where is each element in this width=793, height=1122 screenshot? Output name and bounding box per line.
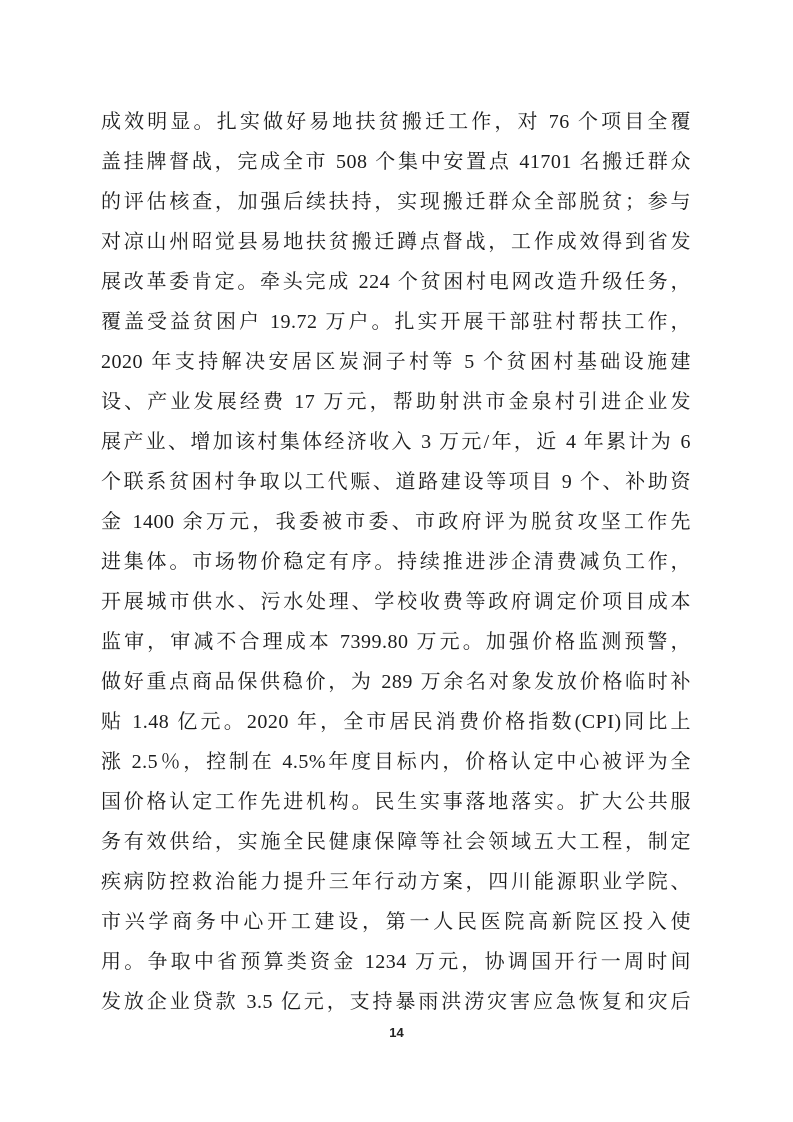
text-line: 开展城市供水、污水处理、学校收费等政府调定价项目成本 <box>101 582 691 622</box>
text-line: 做好重点商品保供稳价，为 289 万余名对象发放价格临时补 <box>101 662 691 702</box>
text-line: 覆盖受益贫困户 19.72 万户。扎实开展干部驻村帮扶工作， <box>101 302 691 342</box>
text-line: 贴 1.48 亿元。2020 年，全市居民消费价格指数(CPI)同比上 <box>101 702 691 742</box>
text-line: 监审，审减不合理成本 7399.80 万元。加强价格监测预警， <box>101 622 691 662</box>
text-line: 展改革委肯定。牵头完成 224 个贫困村电网改造升级任务， <box>101 262 691 302</box>
text-line: 进集体。市场物价稳定有序。持续推进涉企清费减负工作， <box>101 542 691 582</box>
text-line: 务有效供给，实施全民健康保障等社会领域五大工程，制定 <box>101 822 691 862</box>
text-line: 涨 2.5％，控制在 4.5%年度目标内，价格认定中心被评为全 <box>101 742 691 782</box>
text-line: 盖挂牌督战，完成全市 508 个集中安置点 41701 名搬迁群众 <box>101 142 691 182</box>
text-line: 发放企业贷款 3.5 亿元，支持暴雨洪涝灾害应急恢复和灾后 <box>101 982 691 1022</box>
paragraph-text: 成效明显。扎实做好易地扶贫搬迁工作，对 76 个项目全覆盖挂牌督战，完成全市 5… <box>101 102 691 1022</box>
document-page: 成效明显。扎实做好易地扶贫搬迁工作，对 76 个项目全覆盖挂牌督战，完成全市 5… <box>0 0 793 1122</box>
text-line: 的评估核查，加强后续扶持，实现搬迁群众全部脱贫；参与 <box>101 182 691 222</box>
text-line: 疾病防控救治能力提升三年行动方案，四川能源职业学院、 <box>101 862 691 902</box>
text-line: 对凉山州昭觉县易地扶贫搬迁蹲点督战，工作成效得到省发 <box>101 222 691 262</box>
text-line: 展产业、增加该村集体经济收入 3 万元/年，近 4 年累计为 6 <box>101 422 691 462</box>
text-line: 国价格认定工作先进机构。民生实事落地落实。扩大公共服 <box>101 782 691 822</box>
text-line: 2020 年支持解决安居区炭洞子村等 5 个贫困村基础设施建 <box>101 342 691 382</box>
page-number: 14 <box>0 1025 793 1040</box>
text-line: 成效明显。扎实做好易地扶贫搬迁工作，对 76 个项目全覆 <box>101 102 691 142</box>
text-line: 用。争取中省预算类资金 1234 万元，协调国开行一周时间 <box>101 942 691 982</box>
text-line: 设、产业发展经费 17 万元，帮助射洪市金泉村引进企业发 <box>101 382 691 422</box>
text-line: 市兴学商务中心开工建设，第一人民医院高新院区投入使 <box>101 902 691 942</box>
text-line: 金 1400 余万元，我委被市委、市政府评为脱贫攻坚工作先 <box>101 502 691 542</box>
text-line: 个联系贫困村争取以工代赈、道路建设等项目 9 个、补助资 <box>101 462 691 502</box>
